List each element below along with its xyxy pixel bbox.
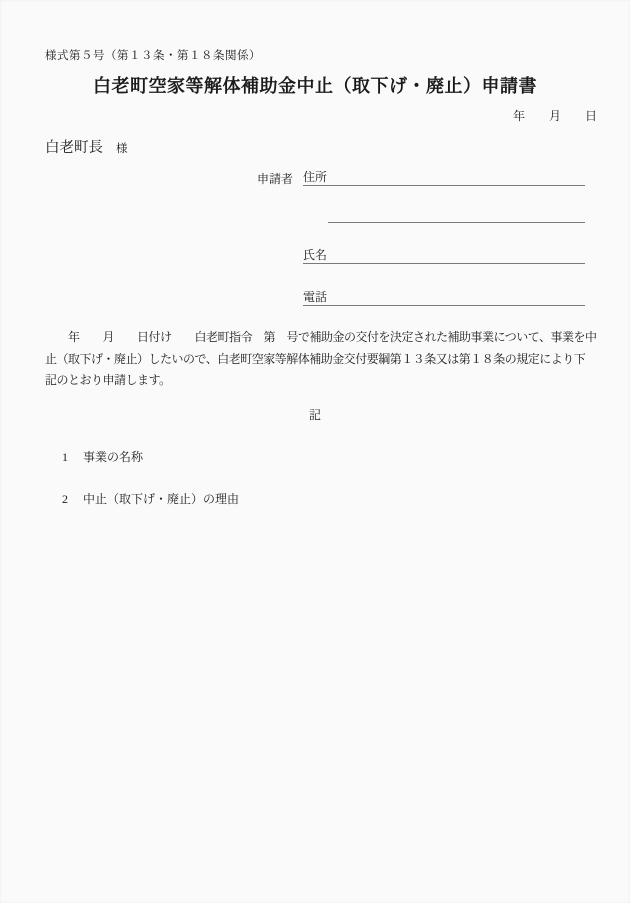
list-item-text: 事業の名称 (83, 450, 143, 464)
addressee-name: 白老町長 (45, 140, 103, 156)
address-field: 住所 (303, 168, 585, 186)
ki-heading: 記 (0, 406, 630, 423)
body-paragraph: 年 月 日付け 白老町指令 第 号で補助金の交付を決定された補助事業について、事… (45, 327, 593, 392)
body-paragraph-line: 止（取下げ・廃止）したいので、白老町空家等解体補助金交付要綱第１３条又は第１８条… (45, 349, 593, 371)
form-number: 様式第５号（第１３条・第１８条関係） (45, 47, 261, 63)
name-field-label: 氏名 (303, 248, 327, 262)
addressee-honorific: 様 (116, 143, 128, 155)
address-field-line2 (328, 205, 585, 223)
applicant-label: 申請者 (257, 170, 293, 187)
list-item-text: 中止（取下げ・廃止）の理由 (83, 492, 239, 506)
list-item: 1事業の名称 (62, 448, 143, 465)
phone-field-label: 電話 (303, 290, 327, 304)
addressee-line: 白老町長 様 (45, 136, 128, 157)
list-item: 2中止（取下げ・廃止）の理由 (62, 490, 239, 507)
name-field: 氏名 (303, 246, 585, 264)
body-paragraph-line: 年 月 日付け 白老町指令 第 号で補助金の交付を決定された補助事業について、事… (45, 327, 593, 349)
body-paragraph-line: 記のとおり申請します。 (45, 370, 593, 392)
list-item-number: 1 (62, 450, 68, 465)
phone-field: 電話 (303, 288, 585, 306)
address-field-label: 住所 (303, 170, 327, 184)
document-title: 白老町空家等解体補助金中止（取下げ・廃止）申請書 (0, 72, 630, 98)
list-item-number: 2 (62, 492, 68, 507)
document-page: 様式第５号（第１３条・第１８条関係） 白老町空家等解体補助金中止（取下げ・廃止）… (0, 0, 630, 903)
date-line: 年 月 日 (513, 107, 597, 124)
